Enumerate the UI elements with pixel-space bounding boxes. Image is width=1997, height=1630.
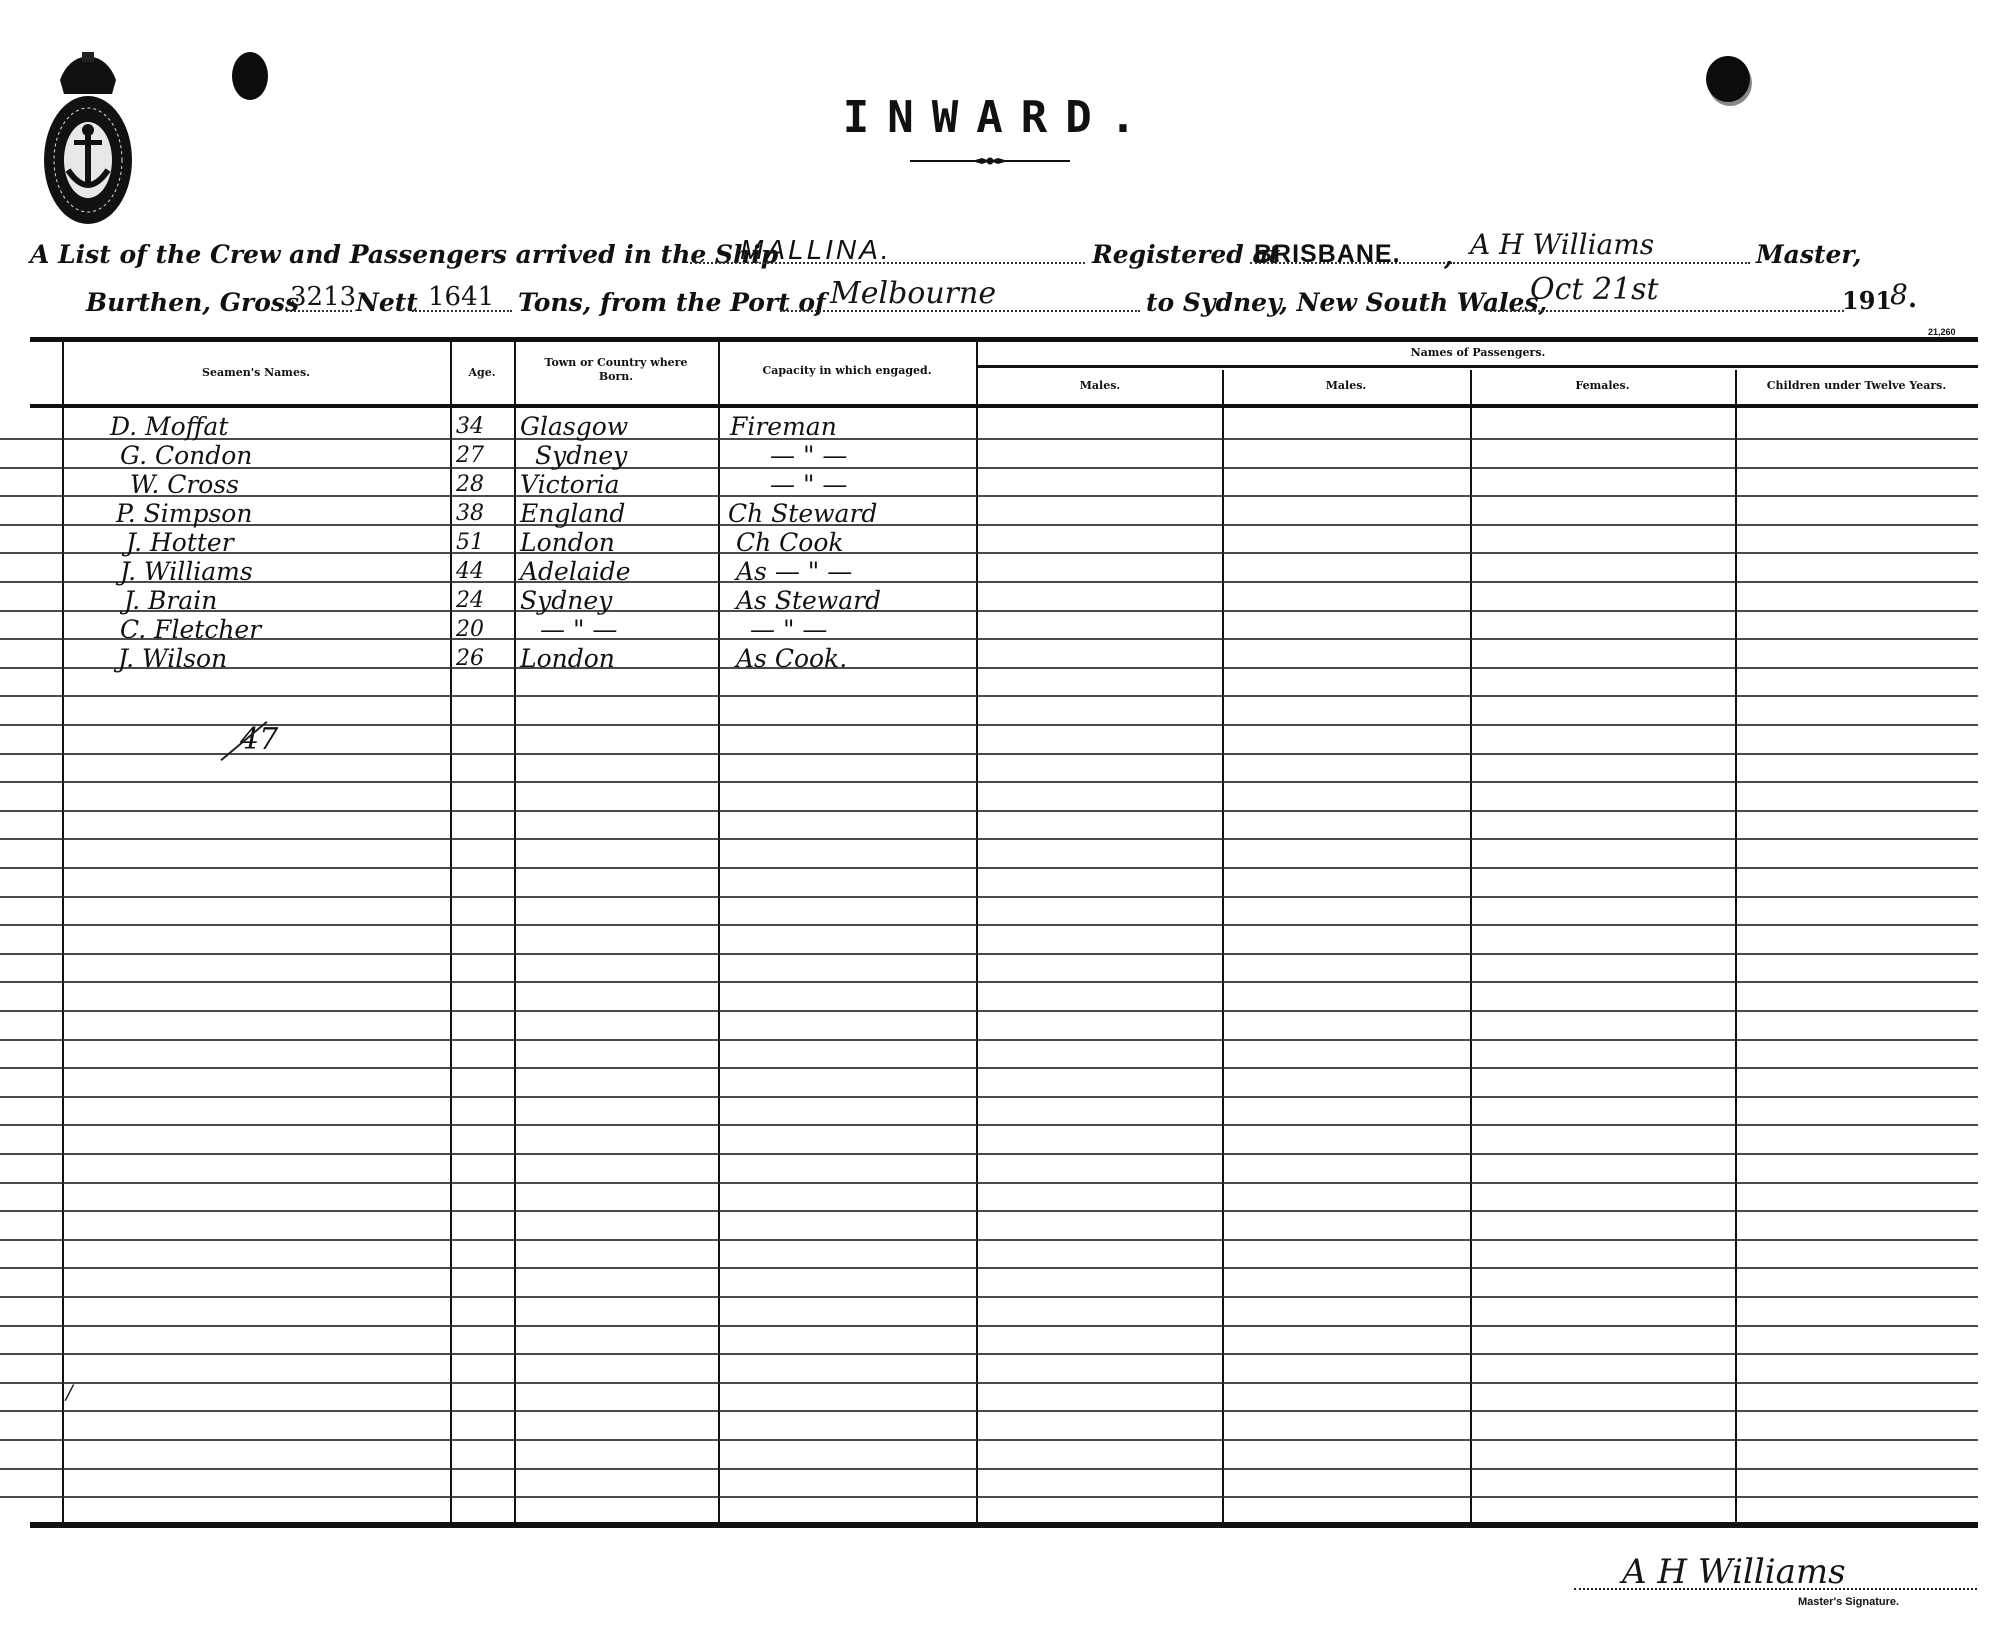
ruled-line — [0, 1439, 1978, 1441]
table-bottom-rule — [30, 1522, 1978, 1528]
crew-name: C. Fletcher — [120, 615, 261, 644]
crew-name: D. Moffat — [110, 412, 228, 441]
crew-age: 38 — [456, 501, 484, 526]
col-divider-age — [514, 340, 516, 1525]
header-age: Age. — [450, 366, 514, 380]
crew-born: — " — — [540, 615, 617, 644]
ruled-line — [0, 638, 1978, 640]
crew-age: 24 — [456, 588, 484, 613]
crew-name: J. Hotter — [126, 528, 234, 557]
form-number: 21,260 — [1928, 327, 1956, 337]
ruled-line — [0, 524, 1978, 526]
registered-label: Registered at — [1092, 240, 1280, 269]
ruled-line — [0, 1096, 1978, 1098]
crew-age: 44 — [456, 559, 484, 584]
master-signature: A H Williams — [1622, 1552, 1846, 1592]
ruled-line — [0, 896, 1978, 898]
ruled-line — [0, 1124, 1978, 1126]
ruled-line — [0, 1468, 1978, 1470]
crew-born: Sydney — [520, 586, 612, 615]
burthen-label: Burthen, Gross — [86, 288, 299, 317]
crew-born: London — [520, 528, 615, 557]
gross-tonnage: 3213 — [290, 282, 356, 312]
ship-name: MALLINA. — [740, 234, 892, 266]
crew-capacity: Ch Steward — [728, 499, 877, 528]
crew-born: Victoria — [520, 470, 620, 499]
crew-name: J. Brain — [124, 586, 217, 615]
header-seamens-names: Seamen's Names. — [62, 366, 450, 380]
nett-label: Nett — [356, 288, 418, 317]
ruled-line — [0, 1010, 1978, 1012]
crew-capacity: As Steward — [736, 586, 881, 615]
header-capacity: Capacity in which engaged. — [718, 364, 976, 378]
ruled-line — [0, 438, 1978, 440]
crew-age: 51 — [456, 530, 484, 555]
signature-label: Master's Signature. — [1798, 1596, 1899, 1608]
crew-capacity: — " — — [770, 441, 847, 470]
ruled-line — [0, 1325, 1978, 1327]
crew-age: 20 — [456, 617, 484, 642]
ruled-line — [0, 1039, 1978, 1041]
ruled-line — [0, 981, 1978, 983]
ruled-line — [0, 953, 1978, 955]
crew-age: 27 — [456, 443, 484, 468]
year-suffix-handwritten: 8 — [1890, 278, 1908, 311]
crew-born: London — [520, 644, 615, 673]
master-label: Master, — [1756, 240, 1861, 269]
ruled-line — [0, 581, 1978, 583]
header-males-2: Males. — [1222, 379, 1470, 393]
ruled-line — [0, 1067, 1978, 1069]
ruled-line — [0, 1353, 1978, 1355]
ruled-line — [0, 495, 1978, 497]
ruled-line — [0, 1382, 1978, 1384]
table-header-bottom-rule — [30, 404, 1978, 408]
ruled-line — [0, 838, 1978, 840]
ruled-line — [0, 1496, 1978, 1498]
ruled-line — [0, 924, 1978, 926]
title-ornament-divider — [910, 156, 1070, 166]
ruled-line — [0, 610, 1978, 612]
to-sydney-label: to Sydney, New South Wales, — [1146, 288, 1547, 317]
crew-age: 26 — [456, 646, 484, 671]
year-prefix: 191 — [1842, 286, 1892, 315]
date-field — [1490, 310, 1844, 312]
crew-age: 34 — [456, 414, 484, 439]
col-divider-capacity — [976, 340, 978, 1525]
year-period: . — [1908, 284, 1917, 314]
crew-name: J. Wilson — [118, 644, 227, 673]
crew-born: Sydney — [535, 441, 627, 470]
nett-tonnage: 1641 — [428, 282, 494, 312]
crew-name: G. Condon — [120, 441, 252, 470]
crew-capacity: As — " — — [736, 557, 852, 586]
crew-name: J. Williams — [120, 557, 253, 586]
col-divider-females — [1735, 370, 1737, 1525]
ruled-line — [0, 1410, 1978, 1412]
ruled-line — [0, 667, 1978, 669]
page-title: INWARD. — [0, 92, 1997, 143]
table-top-rule — [30, 337, 1978, 342]
crew-name: W. Cross — [130, 470, 239, 499]
crew-born: Adelaide — [520, 557, 631, 586]
crew-capacity: Ch Cook — [736, 528, 844, 557]
master-name-field — [1450, 262, 1750, 264]
ruled-line — [0, 1153, 1978, 1155]
crew-born: England — [520, 499, 625, 528]
crew-capacity: As Cook. — [736, 644, 847, 673]
crew-capacity: Fireman — [730, 412, 837, 441]
crew-name: P. Simpson — [116, 499, 252, 528]
col-divider-males1 — [1222, 370, 1224, 1525]
from-port-handwritten: Melbourne — [830, 276, 996, 311]
crew-born: Glasgow — [520, 412, 628, 441]
ruled-line — [0, 695, 1978, 697]
header-males-1: Males. — [978, 379, 1222, 393]
ruled-line — [0, 753, 1978, 755]
ruled-line — [0, 552, 1978, 554]
ruled-line — [0, 810, 1978, 812]
date-handwritten: Oct 21st — [1530, 272, 1659, 307]
header-born: Town or Country where Born. — [530, 356, 702, 384]
ruled-line — [0, 1267, 1978, 1269]
registered-port: BRISBANE. — [1254, 240, 1401, 269]
ruled-line — [0, 867, 1978, 869]
ruled-line — [0, 724, 1978, 726]
crew-capacity: — " — — [770, 470, 847, 499]
col-divider-males2 — [1470, 370, 1472, 1525]
ruled-line — [0, 1239, 1978, 1241]
ruled-line — [0, 467, 1978, 469]
tons-from-port-label: Tons, from the Port of — [518, 288, 826, 317]
col-divider-names — [450, 340, 452, 1525]
list-heading-prefix: A List of the Crew and Passengers arrive… — [30, 240, 778, 269]
col-divider-born — [718, 340, 720, 1525]
header-females: Females. — [1470, 379, 1735, 393]
margin-mark: / — [66, 1380, 73, 1404]
ruled-line — [0, 1182, 1978, 1184]
col-divider-margin — [62, 340, 64, 1525]
header-names-of-passengers: Names of Passengers. — [978, 346, 1978, 360]
master-name-handwritten: A H Williams — [1470, 228, 1654, 261]
header-children: Children under Twelve Years. — [1735, 379, 1978, 393]
comma: , — [1444, 242, 1453, 271]
ruled-line — [0, 781, 1978, 783]
crew-age: 28 — [456, 472, 484, 497]
passengers-group-rule — [978, 365, 1978, 368]
ruled-line — [0, 1296, 1978, 1298]
ruled-line — [0, 1210, 1978, 1212]
crew-capacity: — " — — [750, 615, 827, 644]
